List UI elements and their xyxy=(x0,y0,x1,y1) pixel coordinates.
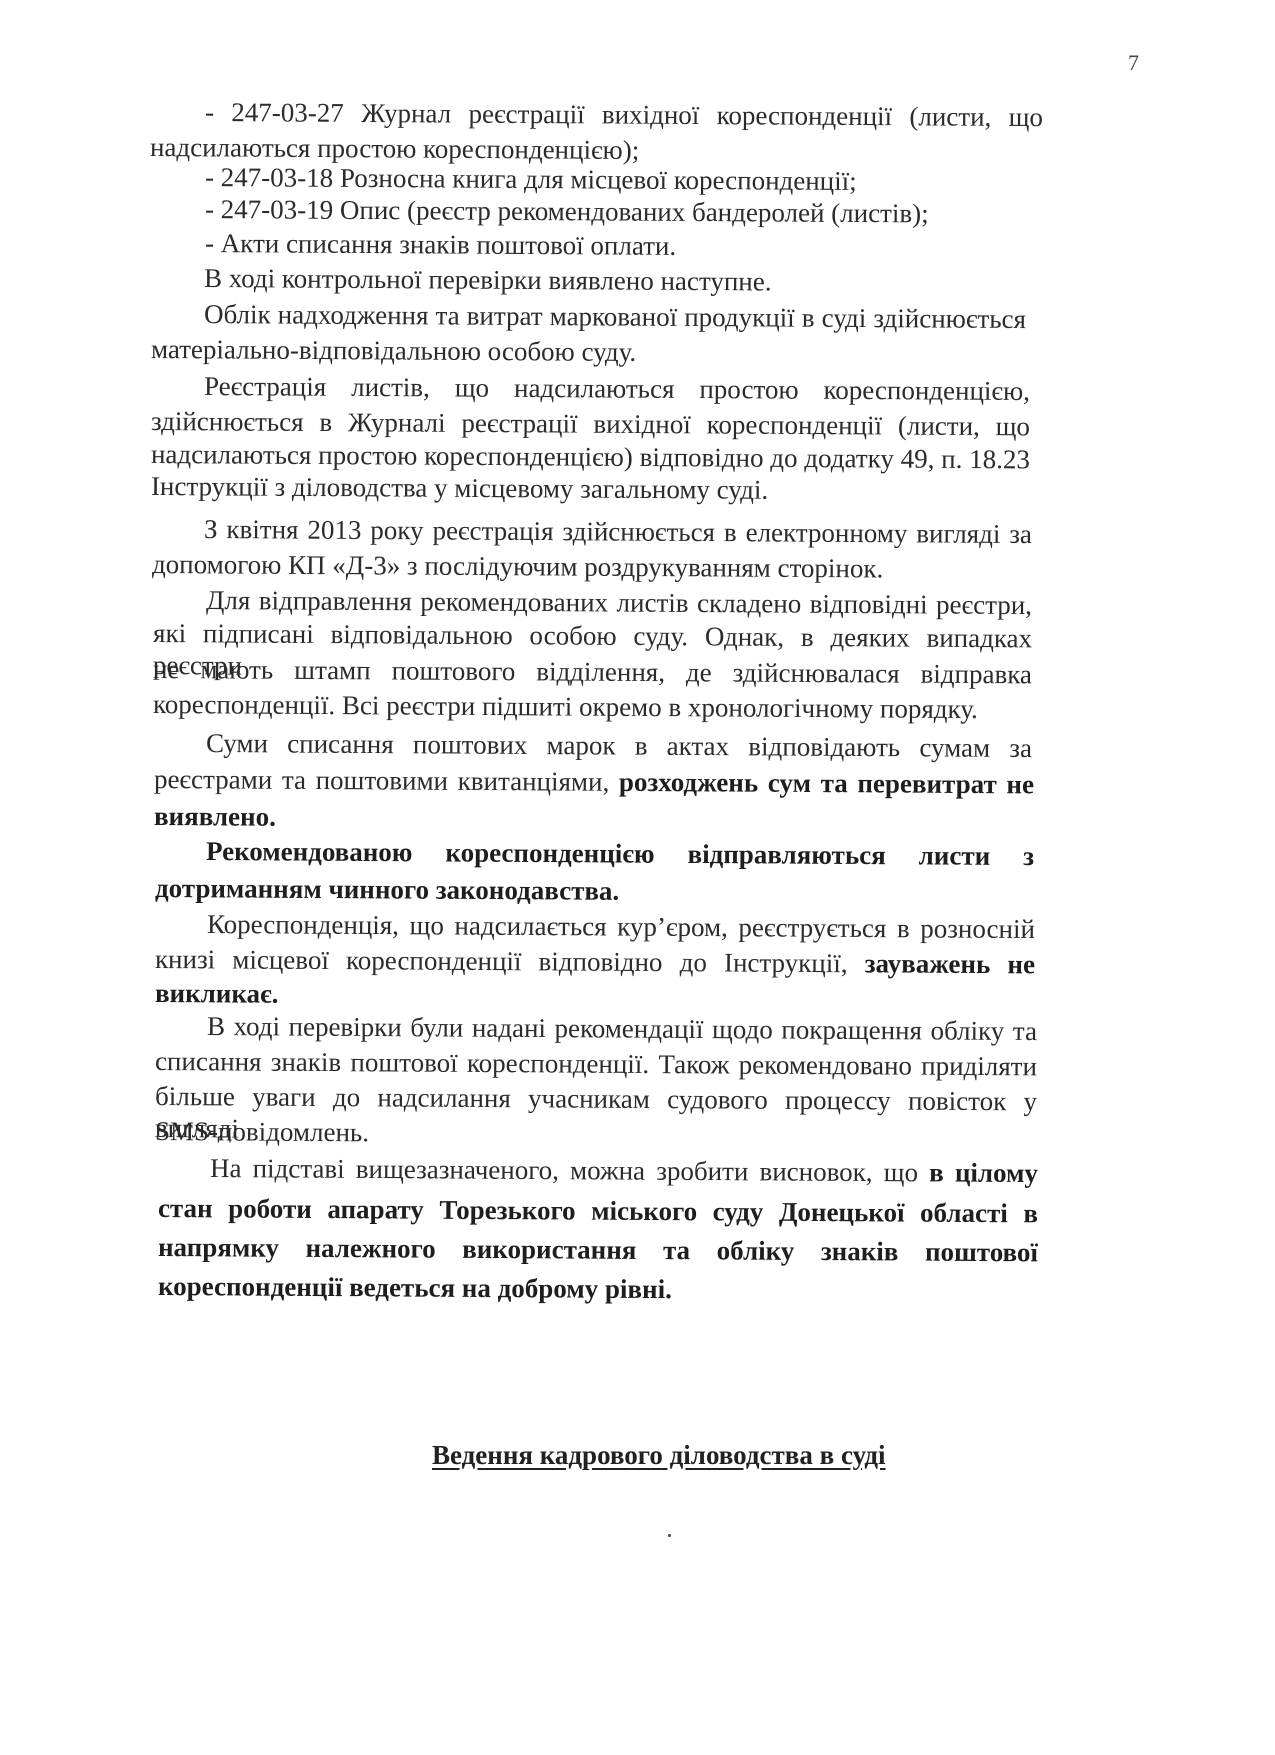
section-heading: Ведення кадрового діловодства в суді xyxy=(432,1440,886,1471)
list-item-delivery-book: - 247-03-18 Розносна книга для місцевої … xyxy=(205,161,857,197)
bold-line: кореспонденції ведеться на доброму рівні… xyxy=(158,1270,672,1305)
bold-line: дотриманням чинного законодавства. xyxy=(155,872,619,907)
paragraph-line: допомогою КП «Д-3» з послідуючим роздрук… xyxy=(152,548,883,584)
paragraph-line-mixed: книзі місцевої кореспонденції відповідно… xyxy=(155,943,1035,980)
document-page: 7 - 247-03-27 Журнал реєстрації вихідної… xyxy=(0,0,1275,1755)
paragraph-line: Реєстрація листів, що надсилаються прост… xyxy=(204,370,1030,407)
plain-text: На підставі вищезазначеного, можна зроби… xyxy=(210,1153,929,1187)
plain-text: книзі місцевої кореспонденції відповідно… xyxy=(155,944,865,978)
paragraph-line: списання знаків поштової кореспонденції.… xyxy=(155,1045,1037,1082)
bold-text: розходжень сум та перевитрат не xyxy=(619,767,1034,800)
scan-speck xyxy=(668,1534,671,1537)
paragraph-line: Кореспонденція, що надсилається кур’єром… xyxy=(207,908,1035,945)
list-item-register: - 247-03-19 Опис (реєстр рекомендованих … xyxy=(205,193,929,229)
paragraph-line: матеріально-відповідальною особою суду. xyxy=(151,333,636,368)
paragraph-line: З квітня 2013 року реєстрація здійснюєть… xyxy=(204,513,1032,550)
paragraph-line-mixed: На підставі вищезазначеного, можна зроби… xyxy=(210,1152,1038,1189)
paragraph-line: Облік надходження та витрат маркованої п… xyxy=(204,298,1026,335)
list-item-journal: - 247-03-27 Журнал реєстрації вихідної к… xyxy=(205,96,1043,133)
paragraph-line: Інструкції з діловодства у місцевому заг… xyxy=(151,470,768,506)
paragraph-line: В ході контрольної перевірки виявлено на… xyxy=(204,262,772,297)
plain-text: реєстрами та поштовими квитанціями, xyxy=(154,764,619,797)
paragraph-line: надсилаються простою кореспонденцією) ві… xyxy=(151,438,1030,475)
bold-line: викликає. xyxy=(155,977,279,1010)
bold-line: стан роботи апарату Торезького міського … xyxy=(158,1192,1038,1229)
paragraph-line: Суми списання поштових марок в актах від… xyxy=(206,727,1032,764)
bold-line: Рекомендованою кореспонденцією відправля… xyxy=(206,835,1034,872)
list-item-acts: - Акти списання знаків поштової оплати. xyxy=(205,227,676,262)
paragraph-line-mixed: реєстрами та поштовими квитанціями, розх… xyxy=(154,763,1034,800)
bold-text: зауважень не xyxy=(865,948,1035,979)
bold-line: виявлено. xyxy=(154,800,276,833)
page-number: 7 xyxy=(1128,50,1139,76)
paragraph-line: В ході перевірки були надані рекомендаці… xyxy=(207,1010,1037,1047)
paragraph-line: не мають штамп поштового відділення, де … xyxy=(153,653,1032,690)
paragraph-line: кореспонденції. Всі реєстри підшиті окре… xyxy=(153,688,978,725)
bold-line: напрямку належного використання та облік… xyxy=(158,1231,1038,1268)
paragraph-line: Для відправлення рекомендованих листів с… xyxy=(206,584,1032,621)
bold-text: в цілому xyxy=(929,1157,1038,1188)
paragraph-line: SMS-повідомлень. xyxy=(155,1115,369,1148)
paragraph-line: здійснюється в Журналі реєстрації вихідн… xyxy=(151,405,1030,442)
